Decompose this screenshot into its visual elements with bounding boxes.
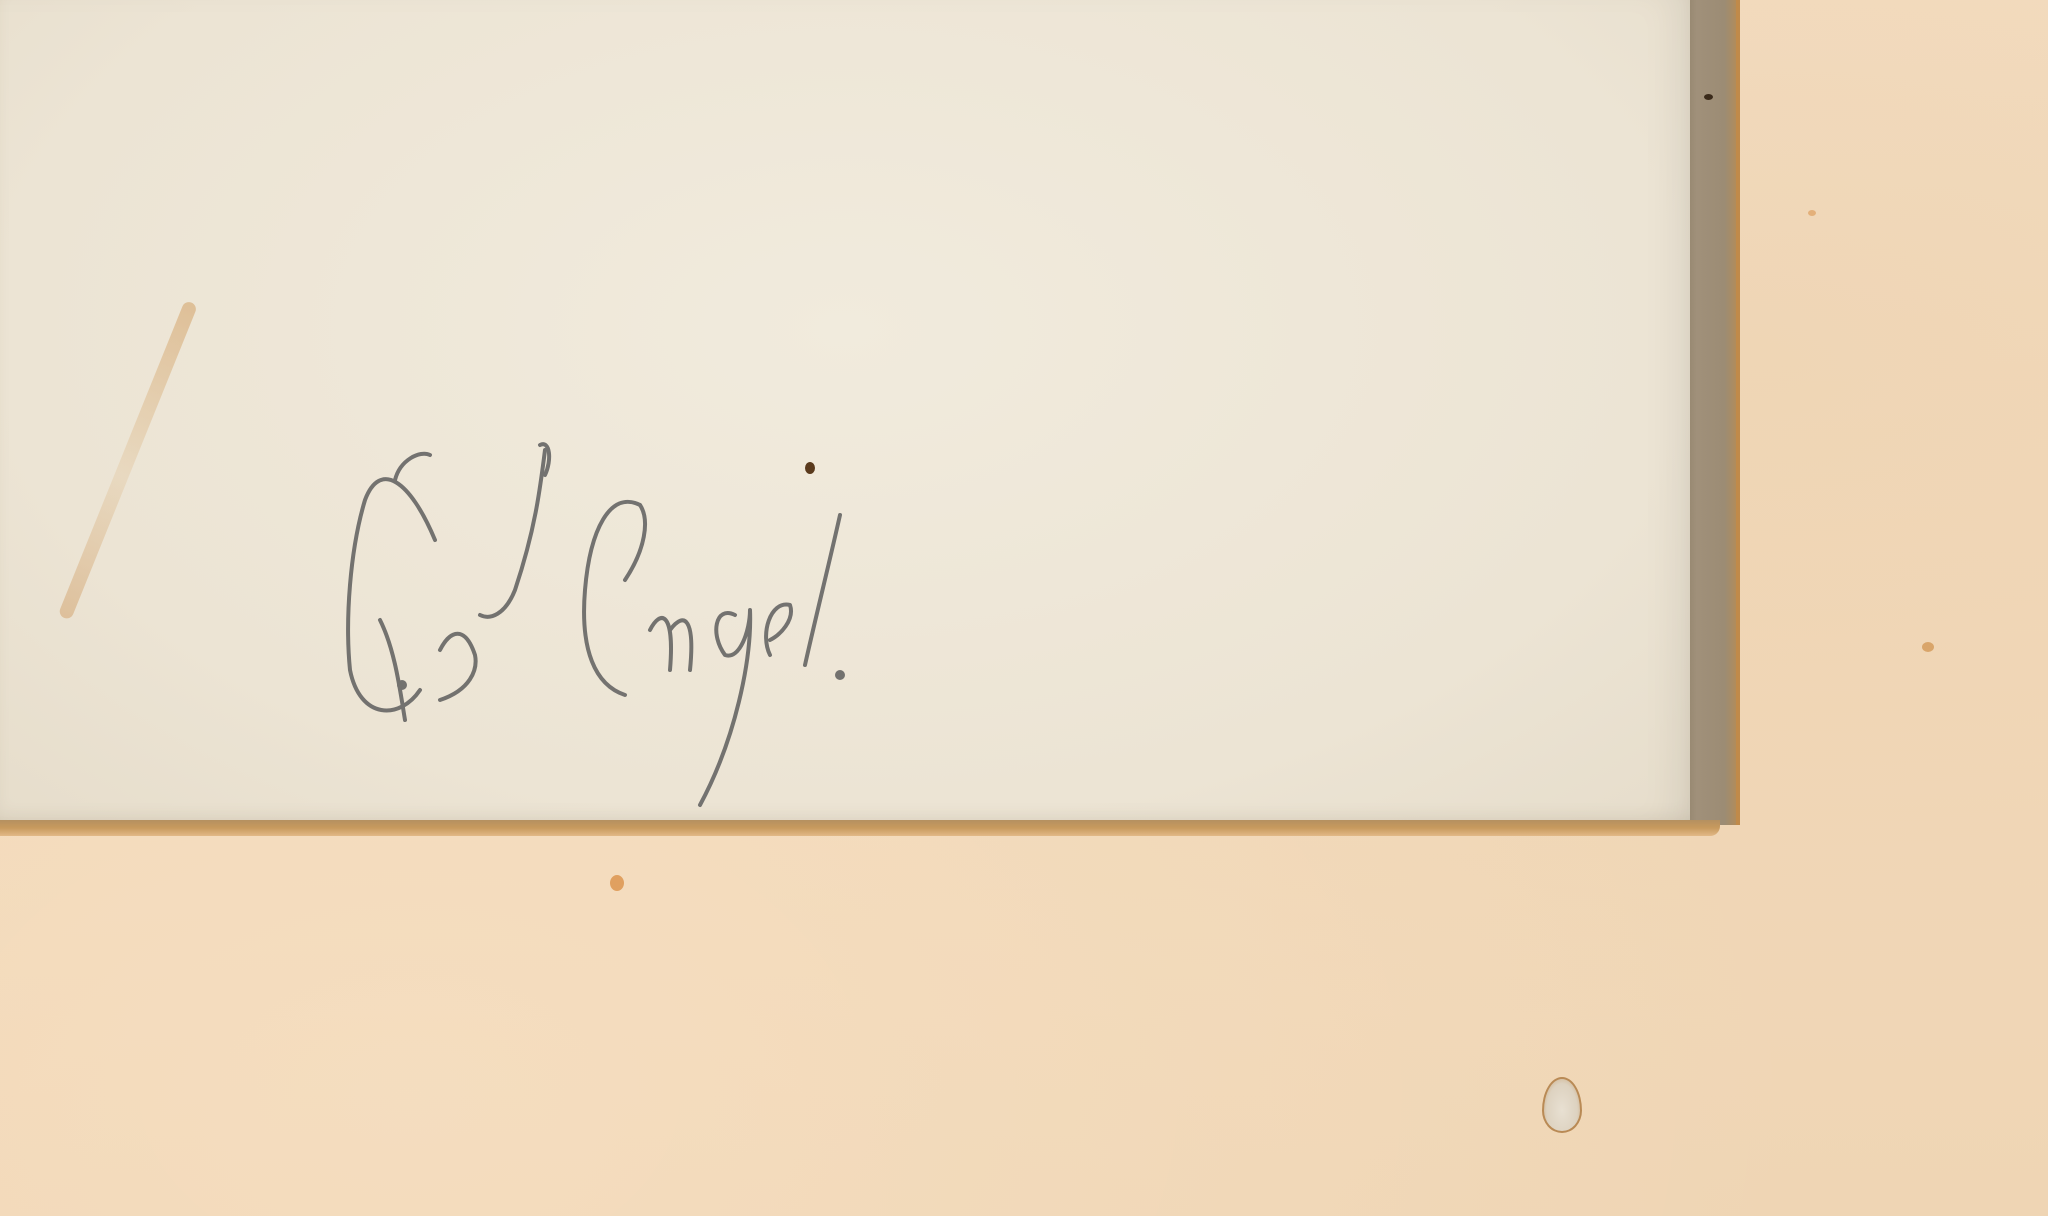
mat-stain-dot bbox=[610, 875, 624, 891]
ink-speck bbox=[1704, 94, 1713, 100]
drawing-paper: C. L. Engel. bbox=[0, 0, 1690, 822]
signature: C. L. Engel. bbox=[340, 420, 1640, 820]
mat-stain-dot bbox=[1922, 642, 1934, 652]
mat-bevel-bottom bbox=[0, 820, 1720, 836]
signature-strokes bbox=[340, 420, 1640, 820]
mat-stain-dot bbox=[1808, 210, 1816, 216]
foxing-stain bbox=[58, 300, 198, 620]
framed-artwork-photo: C. L. Engel. bbox=[0, 0, 2048, 1216]
